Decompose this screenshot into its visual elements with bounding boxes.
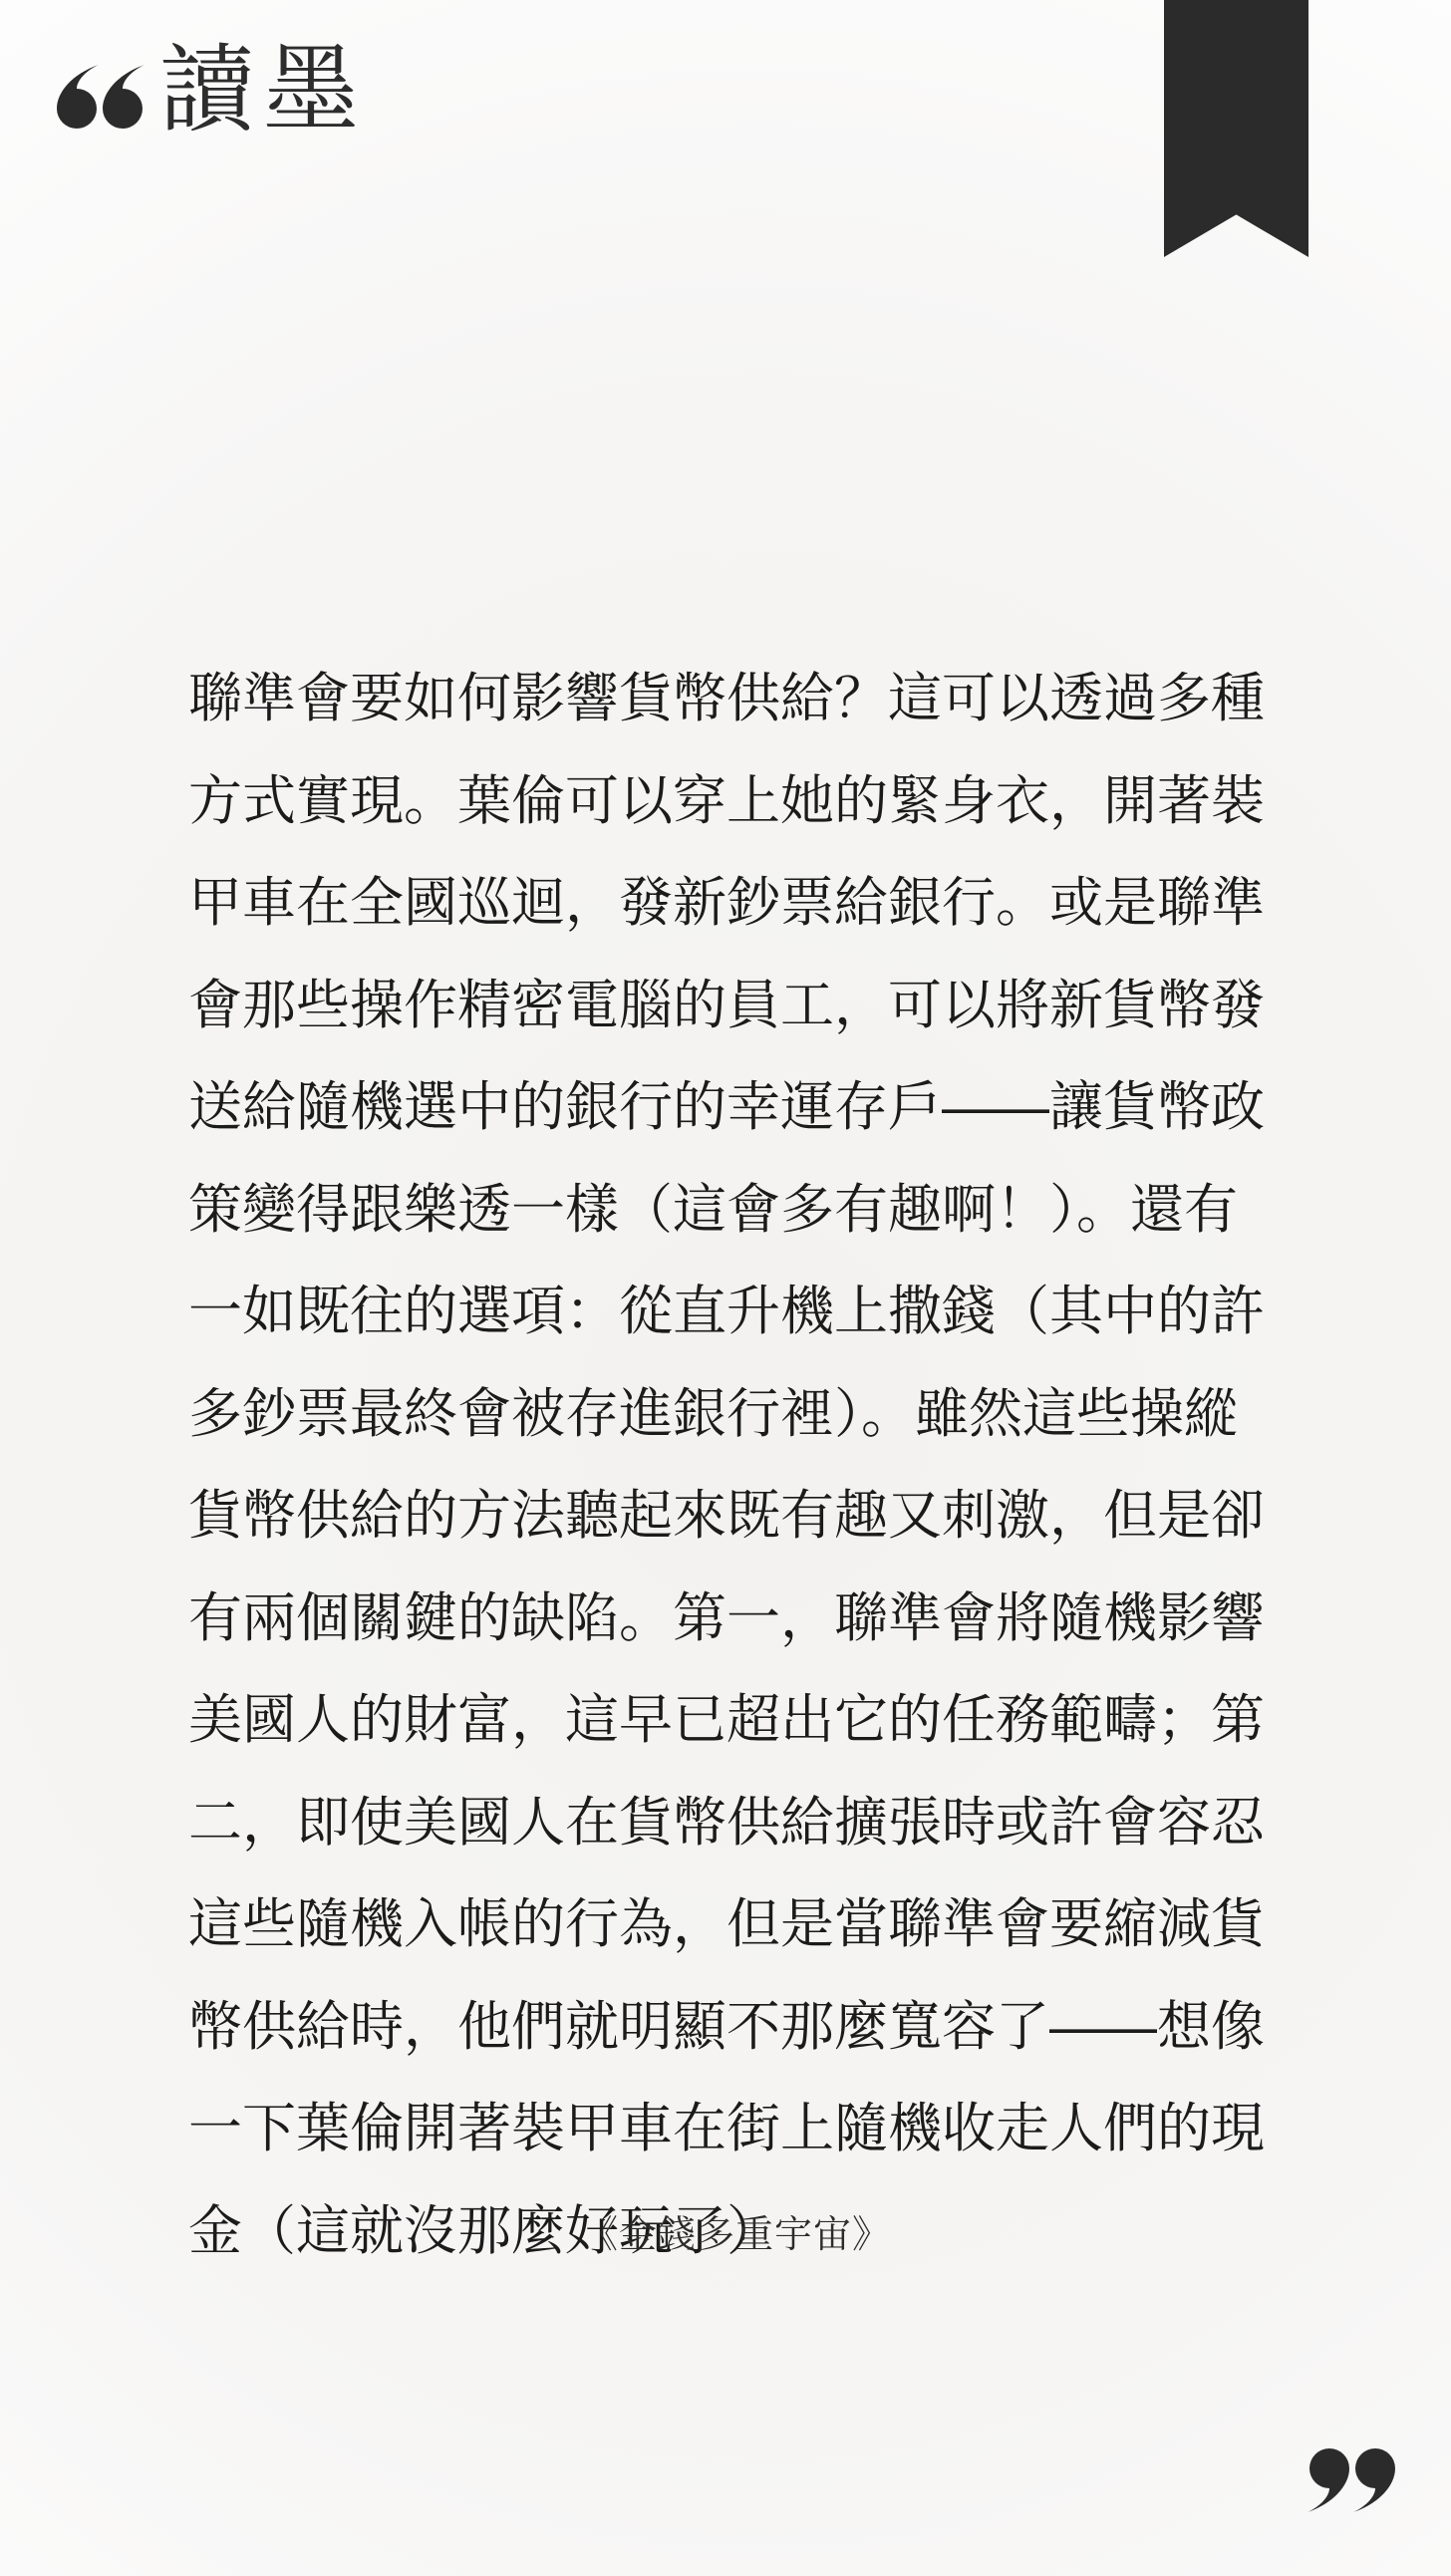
quote-line: 二，即使美國人在貨幣供給擴張時或許會容忍 [188,1772,1305,1874]
open-quote-icon [54,64,145,130]
quote-line: 一如既往的選項：從直升機上撒錢（其中的許 [188,1261,1305,1363]
quote-line: 策變得跟樂透一樣（這會多有趣啊！）。還有 [188,1159,1305,1262]
brand-logo-text: 讀墨 [159,36,367,145]
quote-line: 貨幣供給的方法聽起來既有趣又刺激，但是卻 [188,1465,1305,1568]
quote-line: 一下葉倫開著裝甲車在街上隨機收走人們的現 [188,2078,1305,2180]
quote-text-block: 聯準會要如何影響貨幣供給？這可以透過多種 方式實現。葉倫可以穿上她的緊身衣，開著… [188,648,1305,2282]
quote-line: 有兩個關鍵的缺陷。第一，聯準會將隨機影響 [188,1568,1305,1670]
book-source-title: 《金錢多重宇宙》 [580,2212,891,2258]
close-quote-mark-left [1353,2448,1395,2512]
quote-line: 會那些操作精密電腦的員工，可以將新貨幣發 [188,955,1305,1057]
quote-line: 方式實現。葉倫可以穿上她的緊身衣，開著裝 [188,750,1305,853]
quote-line: 甲車在全國巡迴，發新鈔票給銀行。或是聯準 [188,852,1305,955]
quote-line: 聯準會要如何影響貨幣供給？這可以透過多種 [188,648,1305,750]
quote-line: 送給隨機選中的銀行的幸運存戶——讓貨幣政 [188,1056,1305,1159]
quote-line: 這些隨機入帳的行為，但是當聯準會要縮減貨 [188,1873,1305,1976]
quote-line: 幣供給時，他們就明顯不那麼寬容了——想像 [188,1976,1305,2079]
quote-line: 多鈔票最終會被存進銀行裡）。雖然這些操縱 [188,1363,1305,1466]
quote-line: 美國人的財富，這早已超出它的任務範疇；第 [188,1669,1305,1772]
open-quote-mark-left [57,65,99,129]
open-quote-mark-right [103,65,145,129]
close-quote-mark-right [1307,2448,1349,2512]
quote-card: 讀墨 聯準會要如何影響貨幣供給？這可以透過多種 方式實現。葉倫可以穿上她的緊身衣… [0,0,1451,2576]
bookmark-ribbon-icon [1164,0,1308,257]
close-quote-icon [1306,2447,1398,2513]
